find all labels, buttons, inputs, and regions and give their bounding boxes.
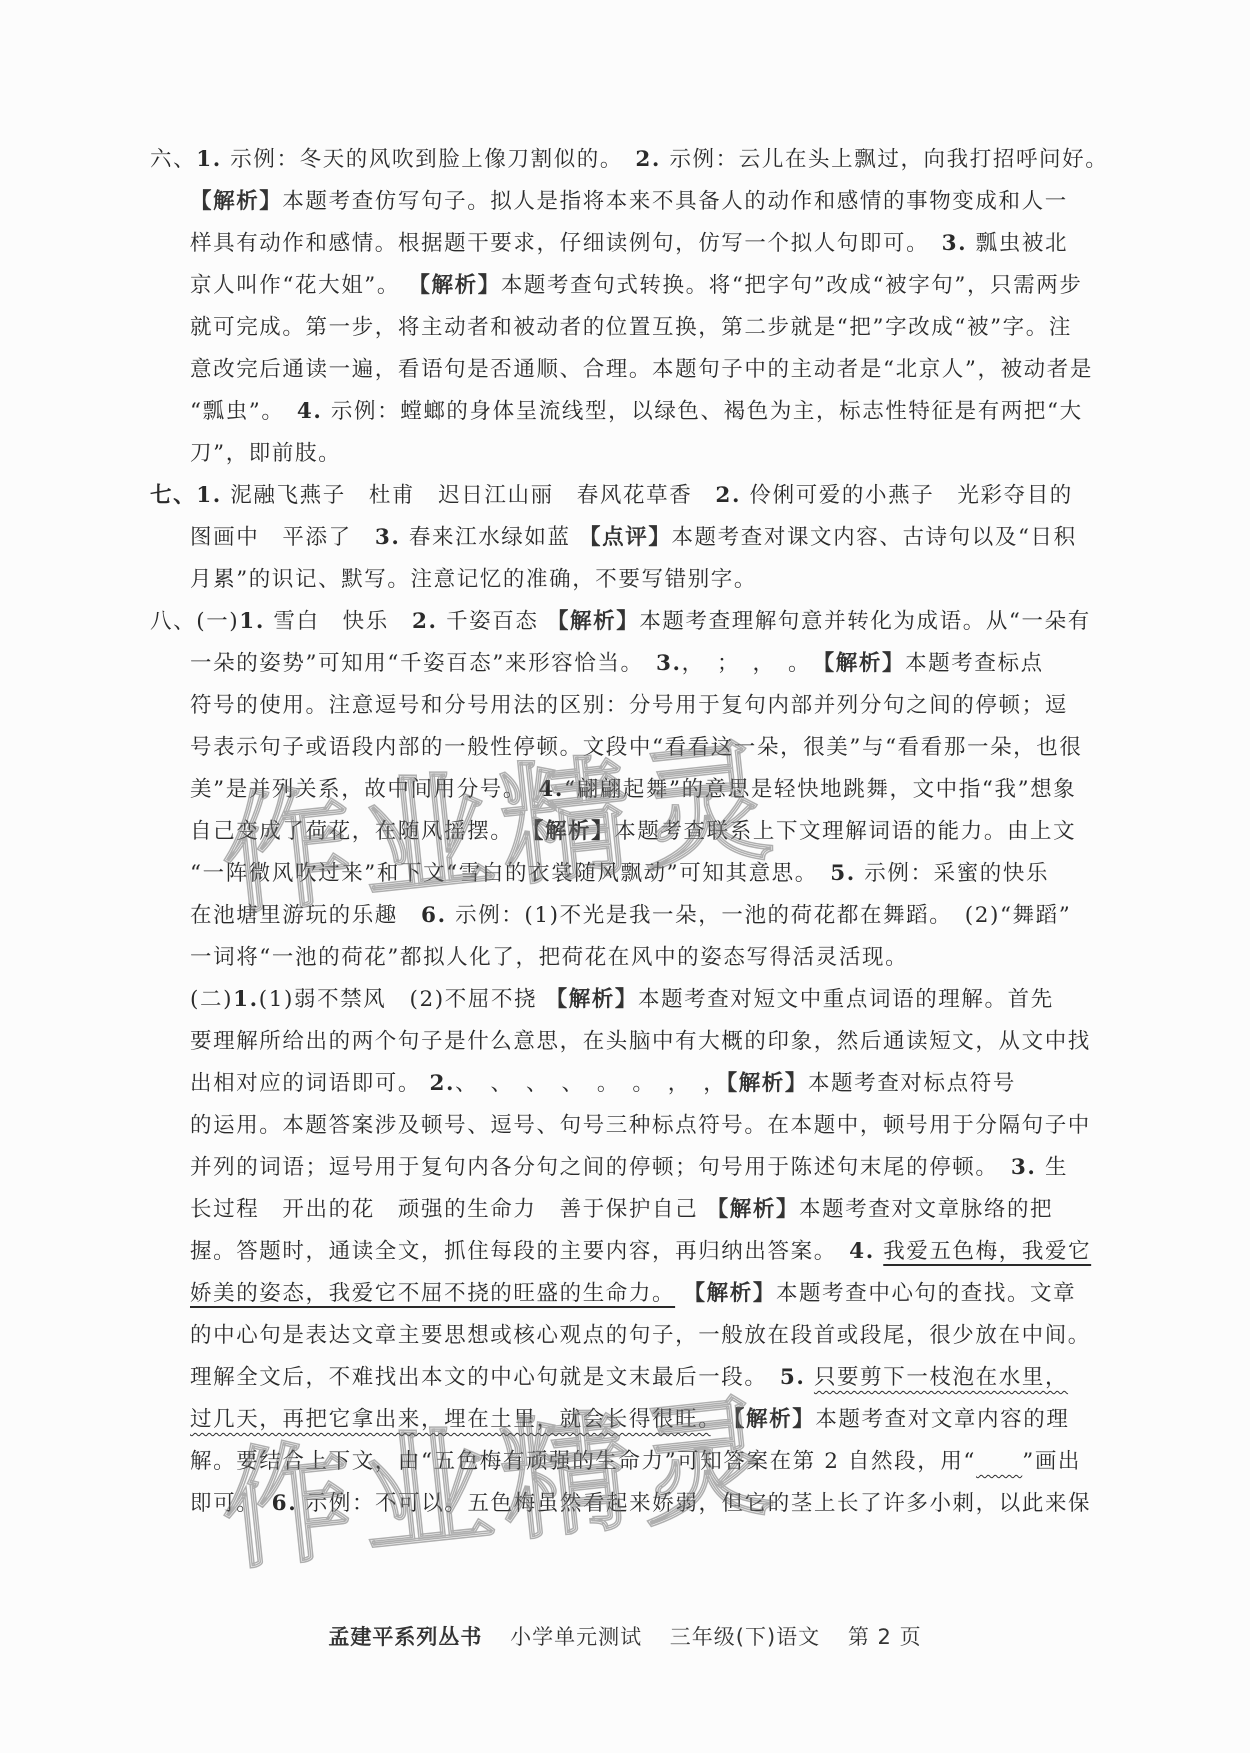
analysis-tag: 【点评】 [579, 525, 671, 550]
text-segment: ”画出 [1022, 1449, 1081, 1474]
text-segment: 并列的词语；逗号用于复句内各分句之间的停顿；句号用于陈述句末尾的停顿。 [190, 1155, 1011, 1180]
text-segment: 6. [272, 1491, 298, 1516]
text-line: 理解全文后，不难找出本文的中心句就是文末最后一段。 5. 只要剪下一枝泡在水里， [190, 1358, 1125, 1398]
answer-highlight [976, 1449, 1022, 1474]
text-segment: 2. [635, 147, 661, 172]
text-segment: 七、 [150, 483, 196, 508]
analysis-tag: 【解析】 [707, 1197, 799, 1222]
text-segment: 图画中 平添了 [190, 525, 375, 550]
text-segment: 本题考查对课文内容、古诗句以及“日积 [671, 525, 1076, 550]
text-line: 的中心句是表达文章主要思想或核心观点的句子，一般放在段首或段尾，很少放在中间。 [190, 1316, 1125, 1356]
text-line: 解。要结合上下文，由“五色梅有顽强的生命力”可知答案在第 2 自然段，用“ ”画… [190, 1442, 1125, 1482]
text-line: 八、(一)1. 雪白 快乐 2. 千姿百态 【解析】本题考查理解句意并转化为成语… [150, 602, 1125, 642]
text-line: 在池塘里游玩的乐趣 6. 示例：(1)不光是我一朵，一池的荷花都在舞蹈。 (2)… [190, 896, 1125, 936]
text-segment: 意改完后通读一遍，看语句是否通顺、合理。本题句子中的主动者是“北京人”，被动者是 [190, 357, 1093, 382]
text-segment: 瓢虫被北 [967, 231, 1068, 256]
text-line: 七、1. 泥融飞燕子 杜甫 迟日江山丽 春风花草香 2. 伶俐可爱的小燕子 光彩… [150, 476, 1125, 516]
text-segment: 雪白 快乐 [265, 609, 412, 634]
analysis-tag: 【解析】 [546, 987, 638, 1012]
text-line: 京人叫作“花大姐”。 【解析】本题考查句式转换。将“把字句”改成“被字句”，只需… [190, 266, 1125, 306]
text-segment: 3. [656, 651, 682, 676]
text-segment: “一阵微风吹过来”和下文“雪白的衣裳随风飘动”可知其意思。 [190, 861, 830, 886]
text-segment: 长过程 开出的花 顽强的生命力 善于保护自己 [190, 1197, 707, 1222]
text-segment: 5. [830, 861, 856, 886]
text-line: 意改完后通读一遍，看语句是否通顺、合理。本题句子中的主动者是“北京人”，被动者是 [190, 350, 1125, 390]
text-segment: 3. [1011, 1155, 1037, 1180]
text-segment: 本题考查理解句意并转化为成语。从“一朵有 [639, 609, 1091, 634]
analysis-tag: 【解析】 [726, 1071, 808, 1096]
text-segment: 本题考查对短文中重点词语的理解。首先 [638, 987, 1054, 1012]
text-line: 一朵的姿势”可知用“千姿百态”来形容恰当。 3.， ； ， 。 【解析】本题考查… [190, 644, 1125, 684]
text-segment: 一词将“一池的荷花”都拟人化了，把荷花在风中的姿态写得活灵活现。 [190, 945, 908, 970]
text-segment: 本题考查对文章脉络的把 [799, 1197, 1053, 1222]
text-line: 就可完成。第一步，将主动者和被动者的位置互换，第二步就是“把”字改成“被”字。注 [190, 308, 1125, 348]
analysis-tag: 【解析】 [190, 189, 282, 214]
text-segment: 本题考查对文章内容的理 [815, 1407, 1069, 1432]
text-segment: 刀”，即前肢。 [190, 441, 341, 466]
text-segment: 本题考查仿写句子。拟人是指将本来不具备人的动作和感情的事物变成和人一 [282, 189, 1067, 214]
text-segment: 示例：采蜜的快乐 [856, 861, 1049, 886]
text-line: 六、1. 示例：冬天的风吹到脸上像刀割似的。 2. 示例：云儿在头上飘过，向我打… [150, 140, 1125, 180]
text-segment: 1. [196, 147, 222, 172]
text-segment: 、 、 、 、 。 。 ， ， [455, 1071, 726, 1096]
text-segment: 美”是并列关系，故中间用分号。 [190, 777, 538, 802]
text-segment [711, 1407, 734, 1432]
text-line: 图画中 平添了 3. 春来江水绿如蓝 【点评】本题考查对课文内容、古诗句以及“日… [190, 518, 1125, 558]
text-segment: 解。要结合上下文，由“五色梅有顽强的生命力”可知答案在第 2 自然段，用“ [190, 1449, 976, 1474]
text-segment: 理解全文后，不难找出本文的中心句就是文末最后一段。 [190, 1365, 780, 1390]
text-segment: 4. [849, 1239, 875, 1264]
footer-series: 孟建平系列丛书 [328, 1625, 482, 1649]
text-segment: 月累”的识记、默写。注意记忆的准确，不要写错别字。 [190, 567, 757, 592]
text-segment: 本题考查句式转换。将“把字句”改成“被字句”，只需两步 [501, 273, 1083, 298]
footer-page-number: 第 2 页 [848, 1625, 922, 1649]
text-segment: 千姿百态 [438, 609, 547, 634]
text-segment: 3. [942, 231, 968, 256]
text-line: 月累”的识记、默写。注意记忆的准确，不要写错别字。 [190, 560, 1125, 600]
text-segment: 春来江水绿如蓝 [400, 525, 579, 550]
answer-highlight: 我爱五色梅，我爱它 [883, 1239, 1091, 1264]
text-segment: 示例：冬天的风吹到脸上像刀割似的。 [222, 147, 636, 172]
analysis-tag: 【解析】 [684, 1281, 776, 1306]
text-segment: 示例：螳螂的身体呈流线型，以绿色、褐色为主，标志性特征是有两把“大 [323, 399, 1083, 424]
text-segment: 1. [233, 987, 259, 1012]
text-segment: 2. [715, 483, 741, 508]
answer-highlight: 过几天，再把它拿出来，埋在土里，就会长得很旺。 [190, 1407, 711, 1432]
text-segment: 本题考查联系上下文理解词语的能力。由上文 [614, 819, 1076, 844]
text-segment: 在池塘里游玩的乐趣 [190, 903, 421, 928]
text-line: 符号的使用。注意逗号和分号用法的区别：分号用于复句内部并列分句之间的停顿；逗 [190, 686, 1125, 726]
text-segment: 一朵的姿势”可知用“千姿百态”来形容恰当。 [190, 651, 656, 676]
text-line: 并列的词语；逗号用于复句内各分句之间的停顿；句号用于陈述句末尾的停顿。 3. 生 [190, 1148, 1125, 1188]
text-line: 过几天，再把它拿出来，埋在土里，就会长得很旺。 【解析】本题考查对文章内容的理 [190, 1400, 1125, 1440]
text-segment: 出相对应的词语即可。 [190, 1071, 429, 1096]
text-segment: 1. [239, 609, 265, 634]
text-segment: 六、 [150, 147, 196, 172]
answer-page: 六、1. 示例：冬天的风吹到脸上像刀割似的。 2. 示例：云儿在头上飘过，向我打… [0, 0, 1250, 1753]
text-line: 刀”，即前肢。 [190, 434, 1125, 474]
text-segment: 1. [196, 483, 222, 508]
answer-highlight: 只要剪下一枝泡在水里， [814, 1365, 1068, 1390]
text-line: 自己变成了荷花，在随风摇摆。 【解析】本题考查联系上下文理解词语的能力。由上文 [190, 812, 1125, 852]
text-line: 号表示句子或语段内部的一般性停顿。文段中“看看这一朵，很美”与“看看那一朵，也很 [190, 728, 1125, 768]
text-line: 要理解所给出的两个句子是什么意思，在头脑中有大概的印象，然后通读短文，从文中找 [190, 1022, 1125, 1062]
analysis-tag: 【解析】 [823, 651, 905, 676]
text-line: 【解析】本题考查仿写句子。拟人是指将本来不具备人的动作和感情的事物变成和人一 [190, 182, 1125, 222]
text-segment: (1)弱不禁风 (2)不屈不挠 [259, 987, 546, 1012]
text-line: 的运用。本题答案涉及顿号、逗号、句号三种标点符号。在本题中，顿号用于分隔句子中 [190, 1106, 1125, 1146]
text-segment: 即可。 [190, 1491, 272, 1516]
text-segment: 就可完成。第一步，将主动者和被动者的位置互换，第二步就是“把”字改成“被”字。注 [190, 315, 1072, 340]
text-segment: 3. [375, 525, 401, 550]
page-footer: 孟建平系列丛书 小学单元测试 三年级(下)语文 第 2 页 [0, 1621, 1250, 1651]
text-segment: 生 [1037, 1155, 1069, 1180]
text-segment: 4. [297, 399, 323, 424]
text-line: “瓢虫”。 4. 示例：螳螂的身体呈流线型，以绿色、褐色为主，标志性特征是有两把… [190, 392, 1125, 432]
text-segment: 样具有动作和感情。根据题干要求，仔细读例句，仿写一个拟人句即可。 [190, 231, 942, 256]
text-segment: 要理解所给出的两个句子是什么意思，在头脑中有大概的印象，然后通读短文，从文中找 [190, 1029, 1091, 1054]
analysis-tag: 【解析】 [734, 1407, 816, 1432]
text-segment: 八、(一) [150, 609, 239, 634]
text-segment: 示例：(1)不光是我一朵，一池的荷花都在舞蹈。 (2)“舞蹈” [447, 903, 1072, 928]
text-line: 握。答题时，通读全文，抓住每段的主要内容，再归纳出答案。 4. 我爱五色梅，我爱… [190, 1232, 1125, 1272]
text-line: (二)1.(1)弱不禁风 (2)不屈不挠 【解析】本题考查对短文中重点词语的理解… [190, 980, 1125, 1020]
text-segment: 号表示句子或语段内部的一般性停顿。文段中“看看这一朵，很美”与“看看那一朵，也很 [190, 735, 1082, 760]
text-segment: 4. [538, 777, 564, 802]
footer-grade-subject: 三年级(下)语文 [670, 1625, 820, 1649]
text-segment [675, 1281, 683, 1306]
answer-highlight: 娇美的姿态，我爱它不屈不挠的旺盛的生命力。 [190, 1281, 675, 1306]
text-segment: 的运用。本题答案涉及顿号、逗号、句号三种标点符号。在本题中，顿号用于分隔句子中 [190, 1113, 1091, 1138]
text-line: 出相对应的词语即可。 2.、 、 、 、 。 。 ， ，【解析】本题考查对标点符… [190, 1064, 1125, 1104]
text-segment: 符号的使用。注意逗号和分号用法的区别：分号用于复句内部并列分句之间的停顿；逗 [190, 693, 1068, 718]
text-segment: 的中心句是表达文章主要思想或核心观点的句子，一般放在段首或段尾，很少放在中间。 [190, 1323, 1091, 1348]
text-segment: 本题考查中心句的查找。文章 [776, 1281, 1076, 1306]
text-segment: 自己变成了荷花，在随风摇摆。 [190, 819, 522, 844]
text-segment: 2. [412, 609, 438, 634]
text-segment: “翩翩起舞”的意思是轻快地跳舞，文中指“我”想象 [564, 777, 1076, 802]
text-segment: 示例：不可以。五色梅虽然看起来娇弱，但它的茎上长了许多小刺，以此来保 [297, 1491, 1091, 1516]
analysis-tag: 【解析】 [408, 273, 500, 298]
analysis-tag: 【解析】 [547, 609, 639, 634]
text-segment: (二) [190, 987, 233, 1012]
text-segment [875, 1239, 883, 1264]
text-segment: 5. [780, 1365, 806, 1390]
text-segment: 本题考查标点 [905, 651, 1044, 676]
text-segment: 本题考查对标点符号 [808, 1071, 1016, 1096]
text-line: 美”是并列关系，故中间用分号。 4.“翩翩起舞”的意思是轻快地跳舞，文中指“我”… [190, 770, 1125, 810]
text-line: 长过程 开出的花 顽强的生命力 善于保护自己 【解析】本题考查对文章脉络的把 [190, 1190, 1125, 1230]
text-segment: 6. [421, 903, 447, 928]
text-segment: 握。答题时，通读全文，抓住每段的主要内容，再归纳出答案。 [190, 1239, 849, 1264]
text-segment [806, 1365, 814, 1390]
text-segment: ， ； ， 。 [682, 651, 824, 676]
footer-book: 小学单元测试 [510, 1625, 642, 1649]
text-segment: 示例：云儿在头上飘过，向我打招呼问好。 [661, 147, 1108, 172]
text-line: 样具有动作和感情。根据题干要求，仔细读例句，仿写一个拟人句即可。 3. 瓢虫被北 [190, 224, 1125, 264]
text-segment: 京人叫作“花大姐”。 [190, 273, 408, 298]
text-line: “一阵微风吹过来”和下文“雪白的衣裳随风飘动”可知其意思。 5. 示例：采蜜的快… [190, 854, 1125, 894]
text-line: 即可。 6. 示例：不可以。五色梅虽然看起来娇弱，但它的茎上长了许多小刺，以此来… [190, 1484, 1125, 1524]
text-segment: 2. [429, 1071, 455, 1096]
analysis-tag: 【解析】 [522, 819, 614, 844]
text-line: 一词将“一池的荷花”都拟人化了，把荷花在风中的姿态写得活灵活现。 [190, 938, 1125, 978]
text-segment: 伶俐可爱的小燕子 光彩夺目的 [741, 483, 1073, 508]
text-line: 娇美的姿态，我爱它不屈不挠的旺盛的生命力。 【解析】本题考查中心句的查找。文章 [190, 1274, 1125, 1314]
text-segment: “瓢虫”。 [190, 399, 297, 424]
text-segment: 泥融飞燕子 杜甫 迟日江山丽 春风花草香 [222, 483, 716, 508]
